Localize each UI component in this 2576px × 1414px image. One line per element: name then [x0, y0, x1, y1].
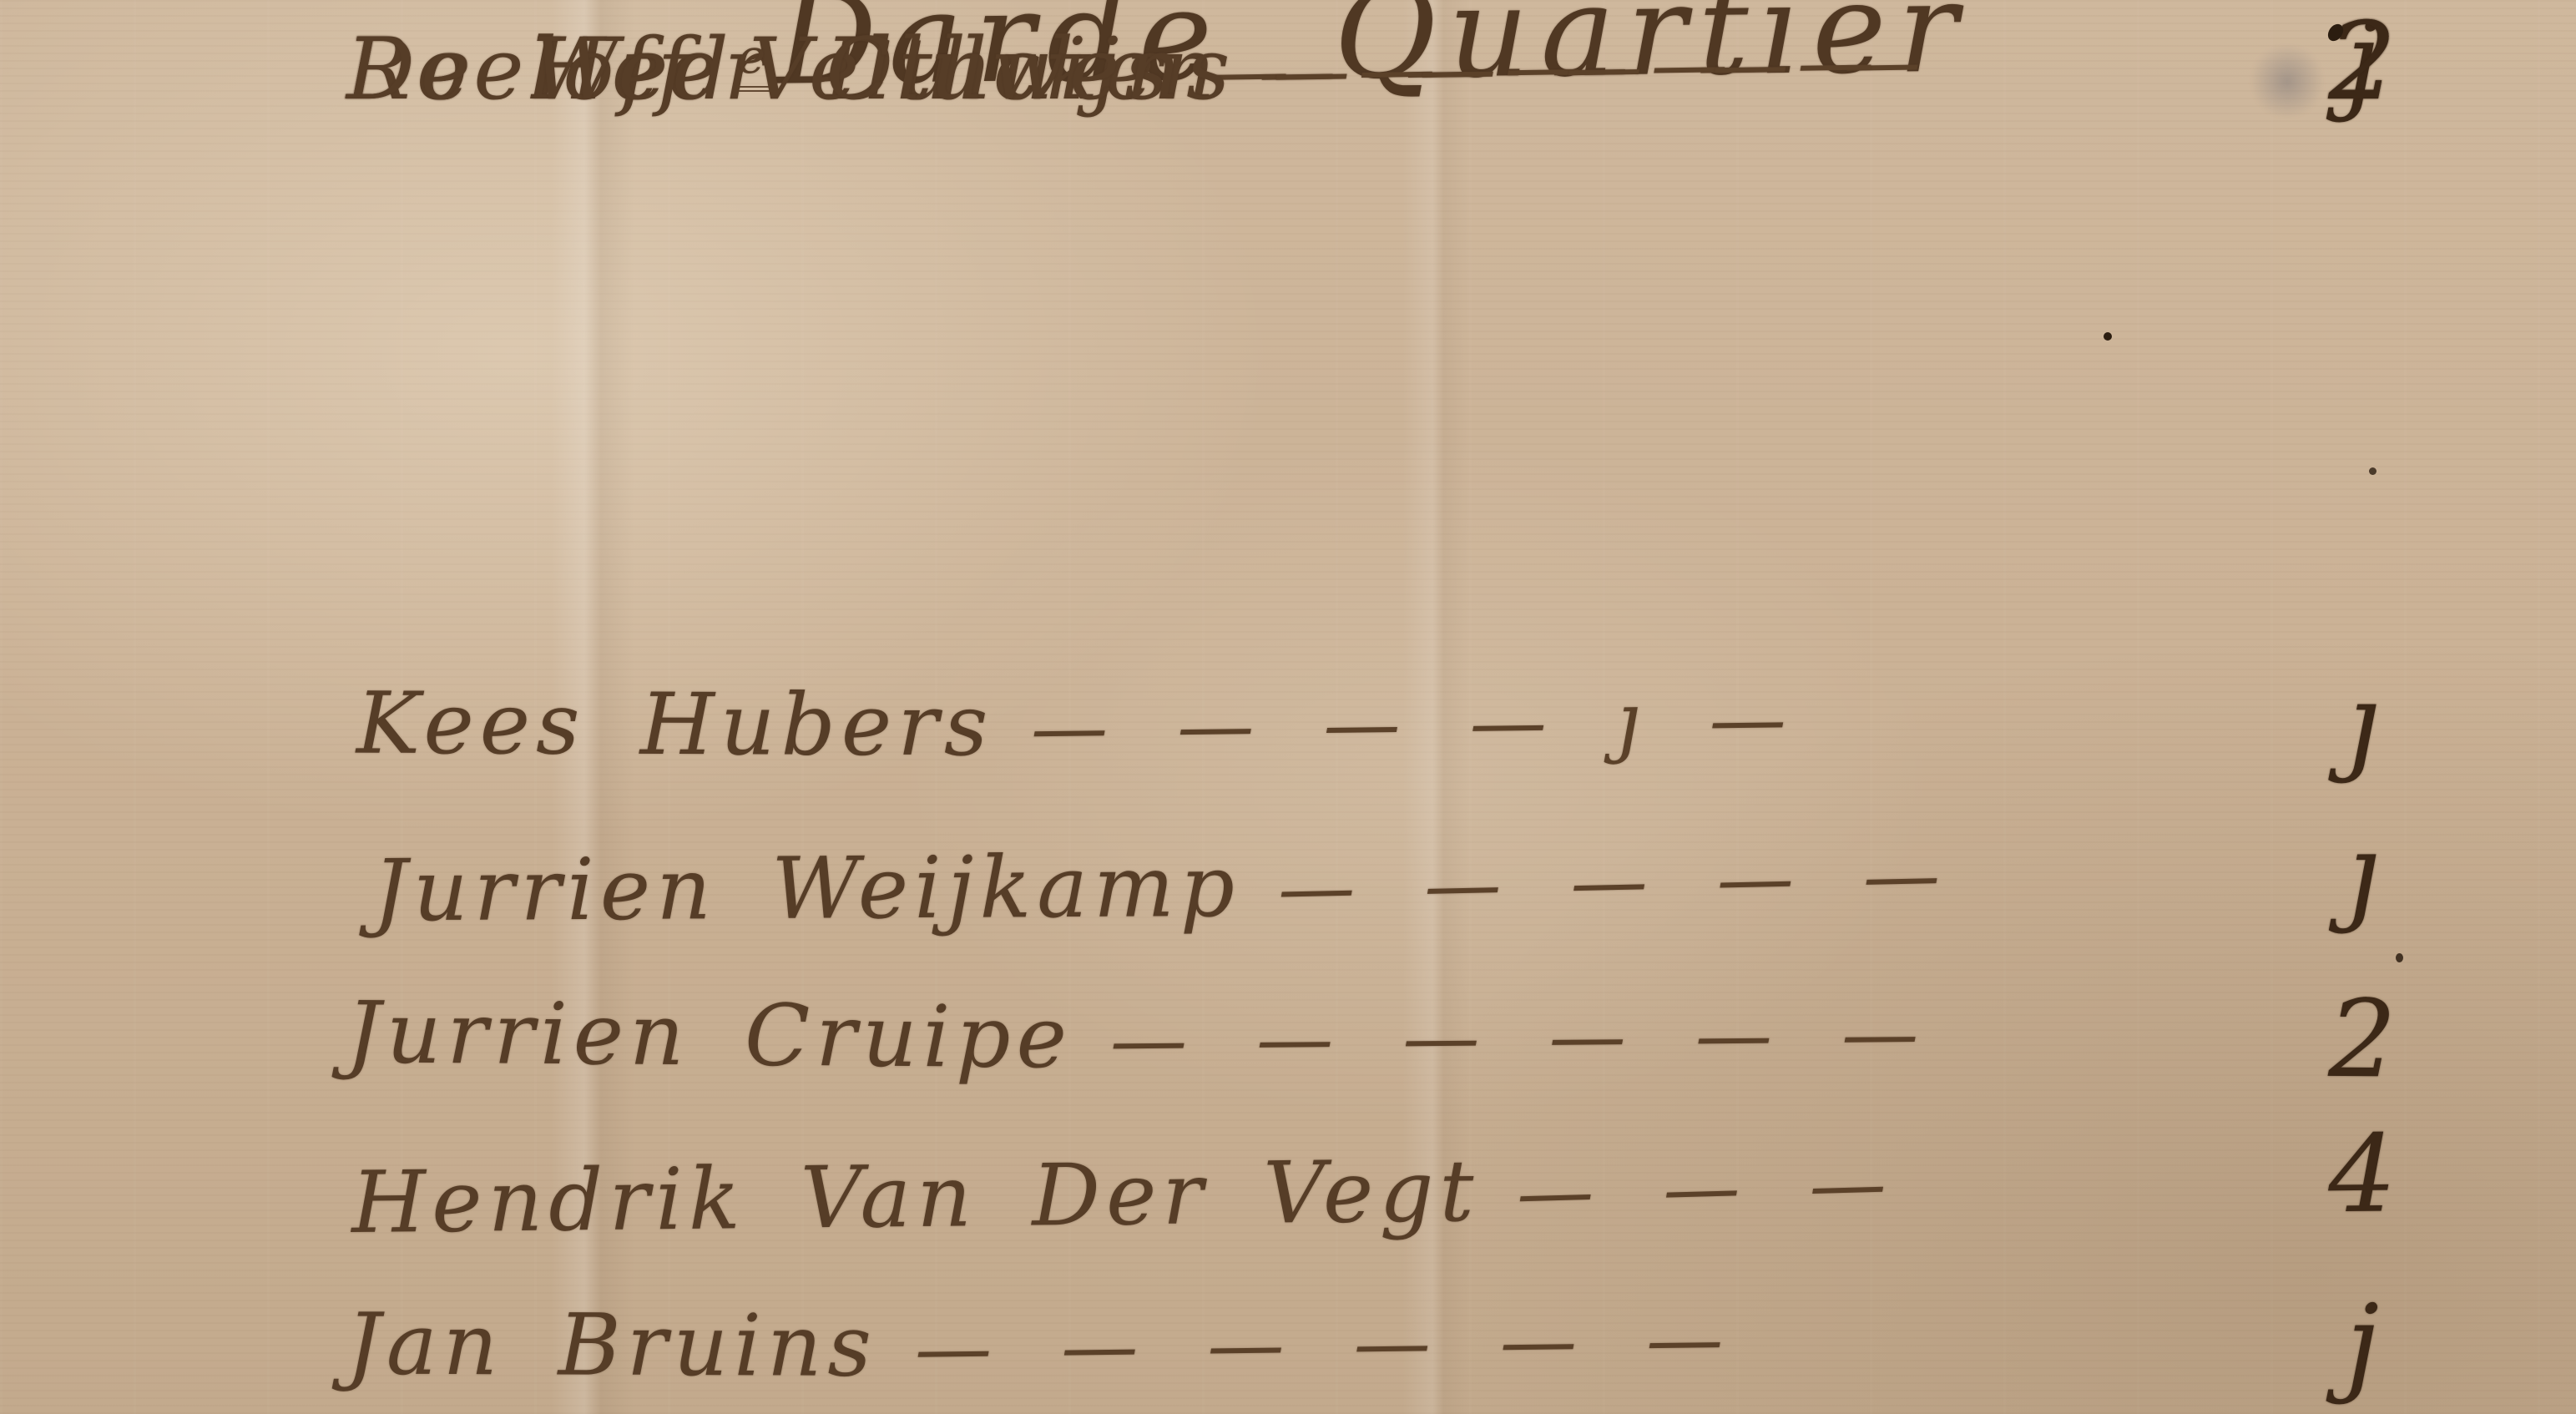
entry-value: 2 — [2291, 977, 2438, 1103]
dash-leader: — — — — ȷ — — [993, 668, 2293, 773]
person-name: Jan Bruins — [346, 1295, 877, 1396]
person-name-rest: Cluwens — [771, 20, 1236, 119]
entry-value: ȷ — [2292, 661, 2439, 786]
dash-leader: — — — — — — — [876, 1287, 2292, 1394]
superscript-e: e — [738, 30, 771, 92]
person-name: De Wede Cluwens — [346, 20, 1235, 119]
dash-leader: — — — — — — [1240, 823, 2293, 934]
person-name-main: De Wed — [346, 20, 735, 119]
ledger-row: De Wede Cluwens — — — — 2 — [346, 0, 2438, 124]
person-name: Kees Hubers — [356, 674, 994, 776]
person-name: Jurrien Cruipe — [346, 983, 1073, 1088]
ink-speck — [2396, 953, 2403, 962]
ledger-row: Jan Bruins — — — — — — j — [346, 1275, 2439, 1407]
entry-value: 4 — [2291, 1112, 2439, 1238]
entry-value: ȷ — [2292, 811, 2439, 936]
entry-value: j — [2292, 1282, 2439, 1407]
ledger-row: Hendrik Van Der Vegt — — — 4 — [346, 1112, 2438, 1258]
person-name: Hendrik Van Der Vegt — [351, 1142, 1481, 1253]
manuscript-page: Darde Quartier Kees Hubers — — — — ȷ — ȷ… — [0, 0, 2576, 1414]
grey-smudge — [2245, 46, 2329, 117]
ledger-row: Jurrien Weijkamp — — — — — ȷ — [346, 811, 2439, 946]
dash-leader: — — — — — [1235, 11, 2293, 117]
ledger-row: Kees Hubers — — — — ȷ — ȷ — [346, 654, 2439, 786]
person-name: Jurrien Weijkamp — [373, 837, 1241, 941]
dash-leader: — — — — — — — [1072, 986, 2292, 1086]
ledger-row: Jurrien Cruipe — — — — — — 2 — [346, 963, 2439, 1102]
ink-speck — [2369, 467, 2376, 475]
ink-speck — [2104, 332, 2112, 341]
dash-leader: — — — — [1478, 1128, 2293, 1238]
